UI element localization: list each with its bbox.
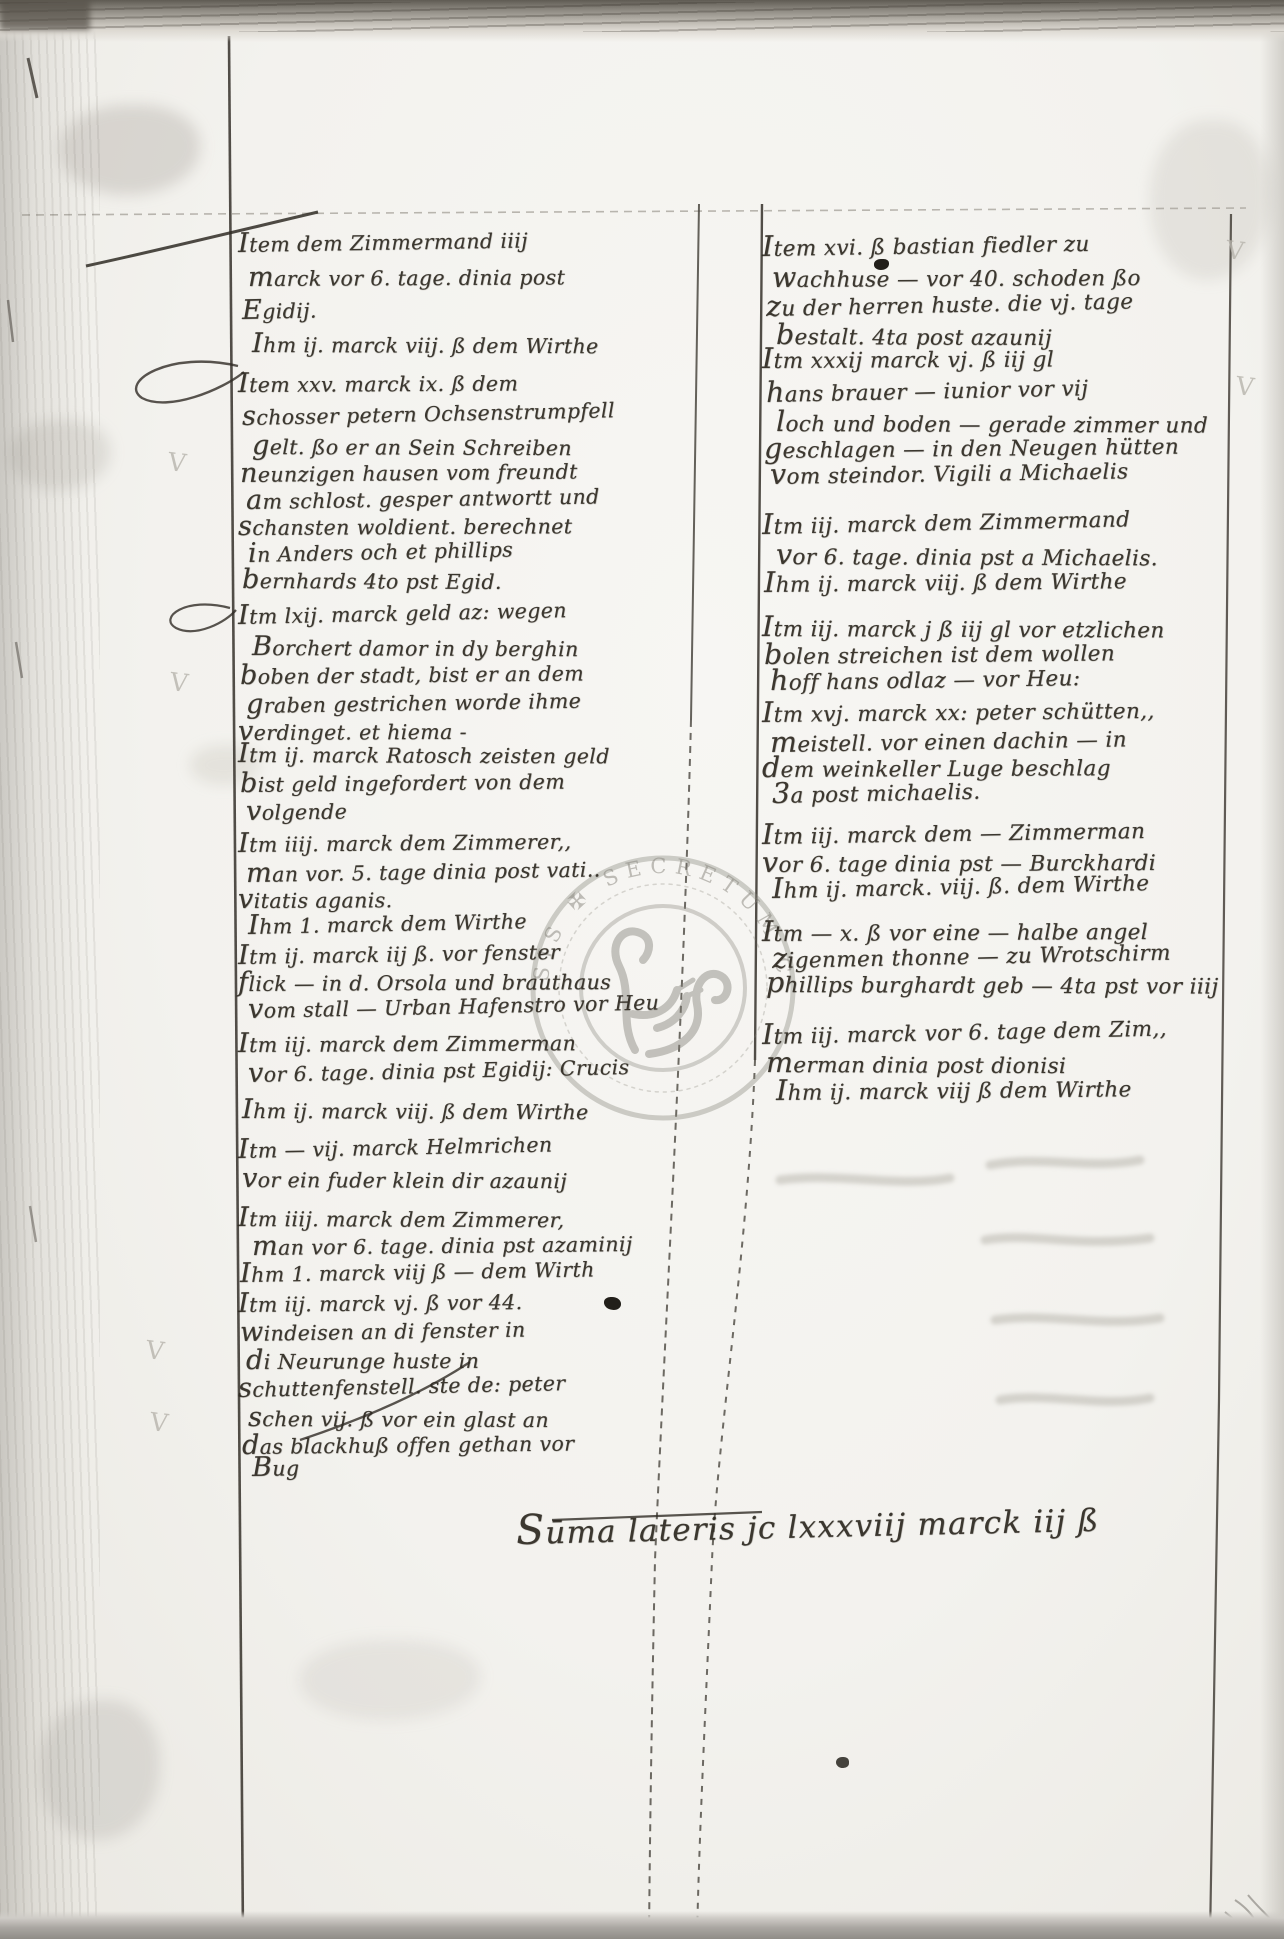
scanner-bottom-edge bbox=[0, 1911, 1284, 1939]
ink-blot bbox=[836, 1757, 849, 1768]
manuscript-line: Itm xxxij marck vj. ß iij gl bbox=[762, 340, 1054, 375]
page-top-edge bbox=[0, 0, 1284, 42]
page-top-corner-shadow bbox=[0, 0, 90, 30]
manuscript-line: Ihm ij. marck viij ß dem Wirthe bbox=[776, 1070, 1132, 1107]
manuscript-line: zu der herren huste. die vj. tage bbox=[766, 282, 1134, 323]
manuscript-line: Ihm ij. marck. viij. ß. dem Wirthe bbox=[772, 864, 1150, 905]
manuscript-line: 3a post michaelis. bbox=[772, 773, 981, 810]
manuscript-line: Itm iij. marck vor 6. tage dem Zim,, bbox=[762, 1010, 1167, 1051]
manuscript-line: hoff hans odlaz — vor Heu: bbox=[770, 659, 1081, 697]
manuscript-scan-page: SIS ✠ SECRETUM CIVI Item dem Zimmermand … bbox=[0, 0, 1284, 1939]
manuscript-line: Item xvi. ß bastian fiedler zu bbox=[762, 225, 1090, 263]
manuscript-line: vom steindor. Vigili a Michaelis bbox=[770, 452, 1129, 491]
ledger-column-right: Item xvi. ß bastian fiedler zuwachhuse —… bbox=[0, 0, 1284, 1939]
manuscript-line: phillips burghardt geb — 4ta pst vor iii… bbox=[766, 966, 1219, 1001]
manuscript-line: Itm iij. marck dem Zimmermand bbox=[762, 500, 1131, 541]
manuscript-line: hans brauer — iunior vor vij bbox=[766, 369, 1089, 409]
page-right-edge bbox=[1260, 0, 1284, 1939]
ink-blot bbox=[604, 1297, 621, 1310]
manuscript-line: Ihm ij. marck viij. ß dem Wirthe bbox=[764, 562, 1127, 599]
